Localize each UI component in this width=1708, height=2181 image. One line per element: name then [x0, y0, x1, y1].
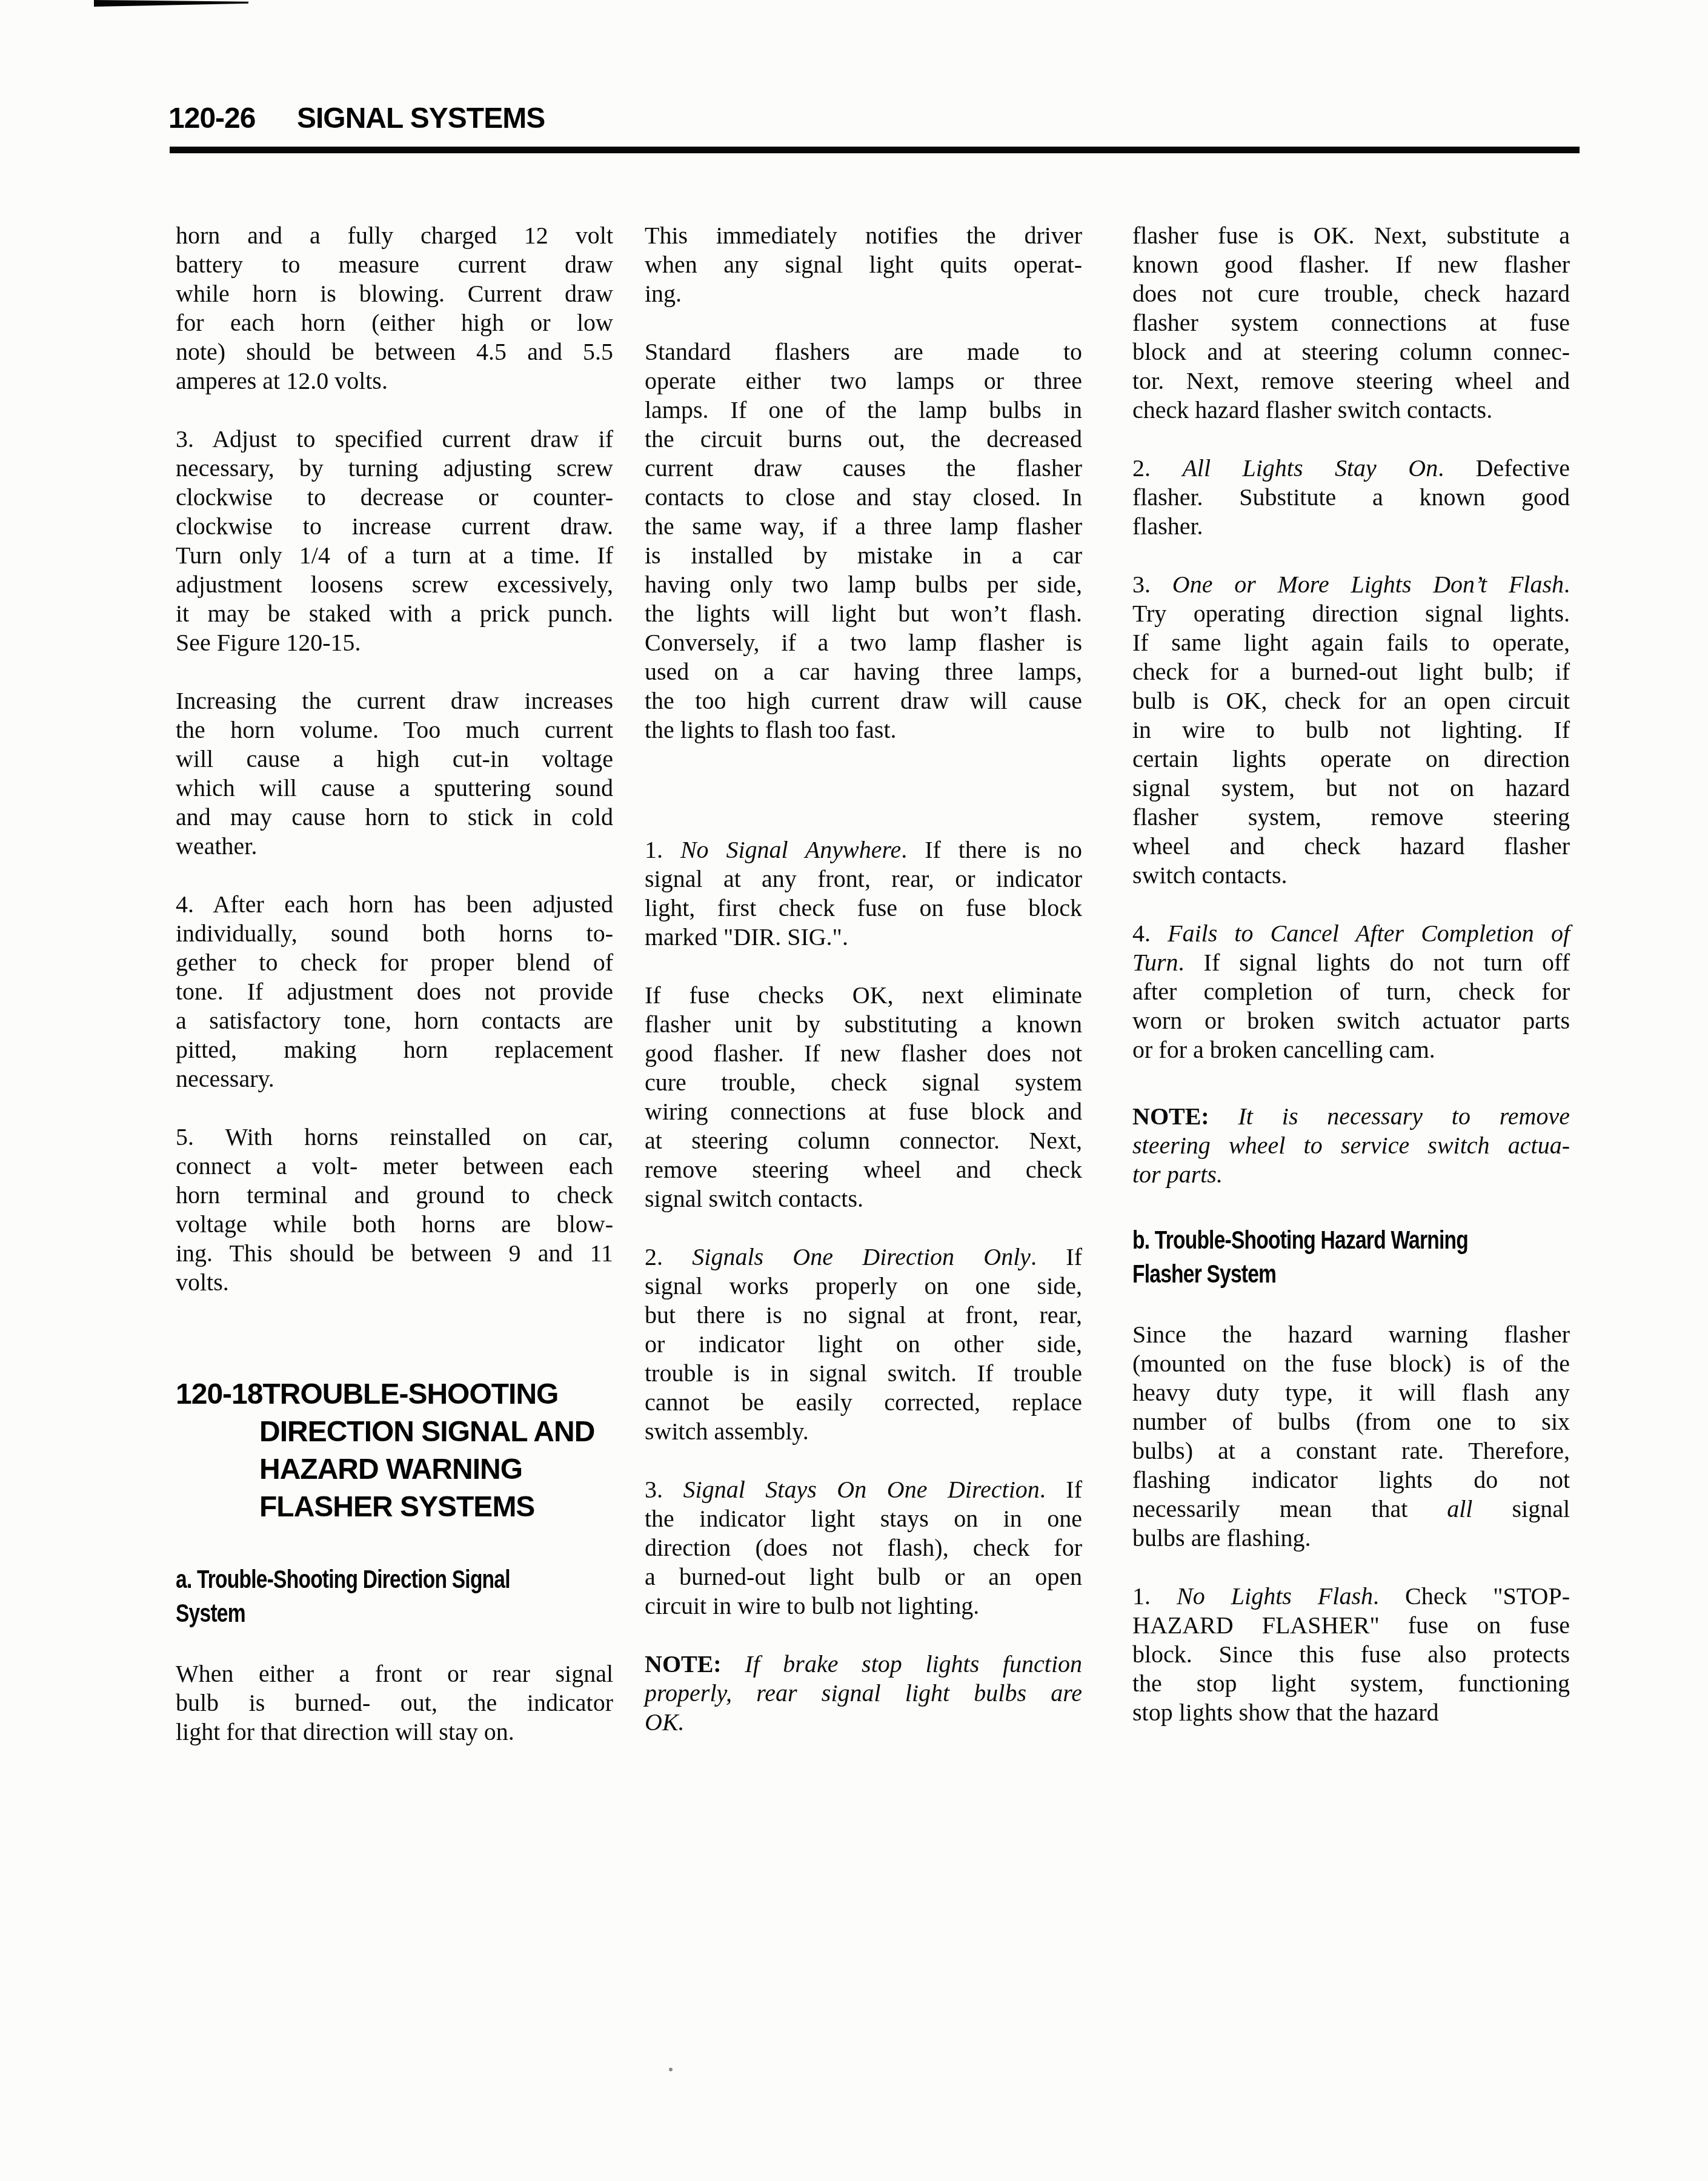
text-line: tone. If adjustment does not provide [176, 977, 613, 1006]
text-run: steering wheel to service switch actua- [1132, 1132, 1570, 1159]
text-line: switch assembly. [645, 1417, 1082, 1446]
text-run: it may be staked with a prick punch. [176, 600, 613, 627]
text-line: Conversely, if a two lamp flasher is [645, 628, 1082, 657]
text-run: signal switch contacts. [645, 1185, 863, 1212]
text-line: When either a front or rear signal [176, 1659, 613, 1688]
text-line: flasher unit by substituting a known [645, 1010, 1082, 1039]
text-run: ing. This should be between 9 and 11 [176, 1240, 613, 1267]
text-run: Signals One Direction Only [692, 1243, 1031, 1270]
text-line: the horn volume. Too much current [176, 715, 613, 745]
text-run: the lights to flash too fast. [645, 716, 897, 743]
text-line: tor parts. [1132, 1160, 1570, 1189]
paragraph-1-no-lights-flash: 1. No Lights Flash. Check "STOP-HAZARD F… [1132, 1582, 1570, 1727]
text-run: battery to measure current draw [176, 251, 613, 278]
text-line: a burned-out light bulb or an open [645, 1562, 1082, 1592]
text-run: No Lights Flash [1177, 1582, 1373, 1610]
text-line: Since the hazard warning flasher [1132, 1320, 1570, 1349]
text-run: necessary. [176, 1065, 274, 1092]
text-run: flasher fuse is OK. Next, substitute a [1132, 222, 1570, 249]
text-line: amperes at 12.0 volts. [176, 367, 613, 396]
text-line: lamps. If one of the lamp bulbs in [645, 396, 1082, 425]
text-line: and may cause horn to stick in cold [176, 803, 613, 832]
text-run: check hazard flasher switch contacts. [1132, 396, 1492, 423]
text-run: used on a car having three lamps, [645, 658, 1082, 685]
text-run: when any signal light quits operat- [645, 251, 1082, 278]
text-run: . If [1031, 1243, 1082, 1270]
text-line: it may be staked with a prick punch. [176, 599, 613, 628]
text-run: a satisfactory tone, horn contacts are [176, 1007, 613, 1034]
text-run: 3. Adjust to specified current draw if [176, 425, 613, 453]
column-right: flasher fuse is OK. Next, substitute akn… [1132, 221, 1570, 1727]
text-run: is installed by mistake in a car [645, 542, 1082, 569]
paragraph-horn-current-draw: horn and a fully charged 12 voltbattery … [176, 221, 613, 396]
text-run: the same way, if a three lamp flasher [645, 513, 1082, 540]
text-line: bulbs) at a constant rate. Therefore, [1132, 1436, 1570, 1466]
text-line: bulb is OK, check for an open circuit [1132, 686, 1570, 715]
text-line: the stop light system, functioning [1132, 1669, 1570, 1698]
text-run: signal system, but not on hazard [1132, 774, 1570, 802]
text-line: properly, rear signal light bulbs are [645, 1679, 1082, 1708]
text-run: 4. After each horn has been adjusted [176, 891, 613, 918]
text-line: note) should be between 4.5 and 5.5 [176, 337, 613, 367]
text-line: Increasing the current draw increases [176, 686, 613, 715]
paragraph-4-fails-to-cancel: 4. Fails to Cancel After Completion ofTu… [1132, 919, 1570, 1064]
text-run: current draw causes the flasher [645, 454, 1082, 482]
text-run: flashing indicator lights do not [1132, 1466, 1570, 1493]
text-line: voltage while both horns are blow- [176, 1210, 613, 1239]
text-line: operate either two lamps or three [645, 367, 1082, 396]
column-center: This immediately notifies the driverwhen… [645, 221, 1082, 1737]
text-line: the indicator light stays on in one [645, 1504, 1082, 1533]
text-line: clockwise to decrease or counter- [176, 483, 613, 512]
text-run: properly, rear signal light bulbs are [645, 1679, 1082, 1707]
text-line: adjustment loosens screw excessively, [176, 570, 613, 599]
text-run: will cause a high cut-in voltage [176, 745, 613, 772]
text-run: block. Since this fuse also protects [1132, 1641, 1570, 1668]
text-line: while horn is blowing. Current draw [176, 279, 613, 308]
text-line: the circuit burns out, the decreased [645, 425, 1082, 454]
text-run: DIRECTION SIGNAL AND [259, 1416, 594, 1448]
text-run: or for a broken cancelling cam. [1132, 1036, 1435, 1063]
sub-heading-a-direction-signal: a. Trouble-Shooting Direction SignalSyst… [176, 1562, 526, 1630]
text-run: FLASHER SYSTEMS [259, 1491, 534, 1523]
paragraph-burned-out-bulb: When either a front or rear signalbulb i… [176, 1659, 613, 1747]
text-run: light, first check fuse on fuse block [645, 894, 1082, 921]
text-line: signal at any front, rear, or indicator [645, 865, 1082, 894]
text-line: necessarily mean that all signal [1132, 1495, 1570, 1524]
text-run: switch contacts. [1132, 861, 1288, 889]
text-line: (mounted on the fuse block) is of the [1132, 1349, 1570, 1378]
text-run: all [1447, 1495, 1472, 1522]
text-line: light, first check fuse on fuse block [645, 894, 1082, 923]
text-run: check for a burned-out light bulb; if [1132, 658, 1570, 685]
text-line: at steering column connector. Next, [645, 1126, 1082, 1155]
text-run: which will cause a sputtering sound [176, 774, 613, 802]
text-line: 1. No Lights Flash. Check "STOP- [1132, 1582, 1570, 1611]
text-line: If same light again fails to operate, [1132, 628, 1570, 657]
text-line: Turn. If signal lights do not turn off [1132, 948, 1570, 977]
text-line: flashing indicator lights do not [1132, 1466, 1570, 1495]
text-run: System [176, 1599, 245, 1627]
text-line: certain lights operate on direction [1132, 745, 1570, 774]
text-line: FLASHER SYSTEMS [176, 1489, 613, 1526]
text-line: switch contacts. [1132, 861, 1570, 890]
text-run: bulbs) at a constant rate. Therefore, [1132, 1437, 1570, 1464]
text-line: weather. [176, 832, 613, 861]
text-line: tor. Next, remove steering wheel and [1132, 367, 1570, 396]
paragraph-note-remove-steering-wheel: NOTE: It is necessary to removesteering … [1132, 1102, 1570, 1189]
text-run: having only two lamp bulbs per side, [645, 571, 1082, 598]
text-line: Try operating direction signal lights. [1132, 599, 1570, 628]
text-line: ing. [645, 279, 1082, 308]
paragraph-standard-flashers: Standard flashers are made tooperate eit… [645, 337, 1082, 745]
text-run: while horn is blowing. Current draw [176, 280, 613, 307]
text-line: DIRECTION SIGNAL AND [176, 1413, 613, 1451]
manual-page: 120-26SIGNAL SYSTEMS horn and a fully ch… [0, 0, 1708, 2181]
text-run: HAZARD WARNING [259, 1453, 522, 1486]
text-run: horn terminal and ground to check [176, 1181, 613, 1209]
text-run: If fuse checks OK, next eliminate [645, 981, 1082, 1009]
text-line: block and at steering column connec- [1132, 337, 1570, 367]
text-line: battery to measure current draw [176, 250, 613, 279]
text-run: When either a front or rear signal [176, 1660, 613, 1687]
text-line: NOTE: It is necessary to remove [1132, 1102, 1570, 1131]
paragraph-step-5-voltmeter: 5. With horns reinstalled on car,connect… [176, 1123, 613, 1297]
text-run: connect a volt- meter between each [176, 1152, 613, 1180]
text-run: volts. [176, 1269, 229, 1296]
text-line: 3. Adjust to specified current draw if [176, 425, 613, 454]
page-title: SIGNAL SYSTEMS [297, 102, 545, 134]
text-run: flasher system, remove steering [1132, 803, 1570, 831]
text-line: trouble is in signal switch. If trouble [645, 1359, 1082, 1388]
text-line: used on a car having three lamps, [645, 657, 1082, 686]
text-line: the too high current draw will cause [645, 686, 1082, 715]
text-run: adjustment loosens screw excessively, [176, 571, 613, 598]
text-run: . If [1040, 1476, 1082, 1503]
text-line: circuit in wire to bulb not lighting. [645, 1592, 1082, 1621]
page-number: 120-26 [168, 102, 297, 135]
text-line: but there is no signal at front, rear, [645, 1301, 1082, 1330]
text-run: Signal Stays On One Direction [683, 1476, 1040, 1503]
paragraph-notifies-driver: This immediately notifies the driverwhen… [645, 221, 1082, 308]
paragraph-fuse-checks-ok: If fuse checks OK, next eliminateflasher… [645, 981, 1082, 1213]
text-run: 5. With horns reinstalled on car, [176, 1123, 613, 1150]
text-line: necessary. [176, 1064, 613, 1094]
paragraph-2-signals-one-direction: 2. Signals One Direction Only. Ifsignal … [645, 1243, 1082, 1446]
text-line: marked "DIR. SIG.". [645, 923, 1082, 952]
text-line: clockwise to increase current draw. [176, 512, 613, 541]
text-run: NOTE: [1132, 1103, 1238, 1130]
text-run: but there is no signal at front, rear, [645, 1301, 1082, 1329]
text-run: bulbs are flashing. [1132, 1524, 1311, 1552]
text-run: wiring connections at fuse block and [645, 1098, 1082, 1125]
text-run: . Check "STOP- [1373, 1582, 1570, 1610]
text-line: gether to check for proper blend of [176, 948, 613, 977]
text-run: flasher system connections at fuse [1132, 309, 1570, 336]
text-run: the circuit burns out, the decreased [645, 425, 1082, 453]
text-line: horn terminal and ground to check [176, 1181, 613, 1210]
text-run: b. Trouble-Shooting Hazard Warning [1132, 1226, 1468, 1254]
text-line: See Figure 120-15. [176, 628, 613, 657]
text-line: steering wheel to service switch actua- [1132, 1131, 1570, 1160]
text-run: known good flasher. If new flasher [1132, 251, 1570, 278]
section-heading-120-18: 120-18TROUBLE-SHOOTINGDIRECTION SIGNAL A… [176, 1376, 613, 1526]
text-run: switch assembly. [645, 1418, 809, 1445]
text-run: certain lights operate on direction [1132, 745, 1570, 772]
text-line: 2. Signals One Direction Only. If [645, 1243, 1082, 1272]
text-run: remove steering wheel and check [645, 1156, 1082, 1183]
text-run: 1. [645, 836, 680, 863]
text-run: Increasing the current draw increases [176, 687, 613, 714]
text-line: after completion of turn, check for [1132, 977, 1570, 1006]
text-run: necessarily mean that [1132, 1495, 1447, 1522]
text-line: light for that direction will stay on. [176, 1718, 613, 1747]
text-run: TROUBLE-SHOOTING [262, 1378, 558, 1410]
text-line: 3. One or More Lights Don’t Flash. [1132, 570, 1570, 599]
text-run: does not cure trouble, check hazard [1132, 280, 1570, 307]
text-run: cannot be easily corrected, replace [645, 1389, 1082, 1416]
text-run: amperes at 12.0 volts. [176, 367, 388, 394]
text-run: Turn only 1/4 of a turn at a time. If [176, 542, 613, 569]
text-line: NOTE: If brake stop lights function [645, 1650, 1082, 1679]
text-run: Fails to Cancel After Completion of [1168, 920, 1570, 947]
heading-number: 120-18 [176, 1376, 262, 1413]
text-run: 3. [645, 1476, 683, 1503]
text-line: signal works properly on one side, [645, 1272, 1082, 1301]
text-line: signal switch contacts. [645, 1184, 1082, 1213]
text-run: horn and a fully charged 12 volt [176, 222, 613, 249]
text-run: good flasher. If new flasher does not [645, 1040, 1082, 1067]
text-line: bulbs are flashing. [1132, 1524, 1570, 1553]
text-line: the same way, if a three lamp flasher [645, 512, 1082, 541]
text-run: All Lights Stay On [1182, 454, 1438, 482]
text-run: . [1564, 571, 1570, 598]
text-run: 2. [1132, 454, 1182, 482]
text-line: is installed by mistake in a car [645, 541, 1082, 570]
text-run: contacts to close and stay closed. In [645, 483, 1082, 511]
paragraph-step-3-adjust: 3. Adjust to specified current draw ifne… [176, 425, 613, 657]
text-run: NOTE: [645, 1650, 745, 1678]
text-line: cannot be easily corrected, replace [645, 1388, 1082, 1417]
paragraph-step-4-blend: 4. After each horn has been adjustedindi… [176, 890, 613, 1094]
text-run: direction (does not flash), check for [645, 1534, 1082, 1561]
text-line: Turn only 1/4 of a turn at a time. If [176, 541, 613, 570]
page-header: 120-26SIGNAL SYSTEMS [168, 102, 545, 135]
text-run: pitted, making horn replacement [176, 1036, 613, 1063]
text-run: clockwise to decrease or counter- [176, 483, 613, 511]
text-run: the stop light system, functioning [1132, 1670, 1570, 1697]
text-run: Conversely, if a two lamp flasher is [645, 629, 1082, 656]
text-line: check for a burned-out light bulb; if [1132, 657, 1570, 686]
text-line: If fuse checks OK, next eliminate [645, 981, 1082, 1010]
text-line: will cause a high cut-in voltage [176, 745, 613, 774]
text-run: . If there is no [901, 836, 1082, 863]
paragraph-increasing-current: Increasing the current draw increasesthe… [176, 686, 613, 861]
text-line: a. Trouble-Shooting Direction Signal [176, 1562, 526, 1596]
paragraph-2-all-lights-stay-on: 2. All Lights Stay On. Defectiveflasher.… [1132, 454, 1570, 541]
text-line: 4. After each horn has been adjusted [176, 890, 613, 919]
text-line: the lights will light but won’t flash. [645, 599, 1082, 628]
text-run: in wire to bulb not lighting. If [1132, 716, 1570, 743]
text-line: ing. This should be between 9 and 11 [176, 1239, 613, 1268]
text-run: gether to check for proper blend of [176, 949, 613, 976]
text-line: which will cause a sputtering sound [176, 774, 613, 803]
text-line: 3. Signal Stays On One Direction. If [645, 1475, 1082, 1504]
text-line: number of bulbs (from one to six [1132, 1407, 1570, 1436]
text-line: 2. All Lights Stay On. Defective [1132, 454, 1570, 483]
text-run: stop lights show that the hazard [1132, 1699, 1438, 1726]
text-run: 4. [1132, 920, 1168, 947]
text-run: signal [1472, 1495, 1570, 1522]
text-run: OK. [645, 1708, 685, 1736]
text-line: flasher. Substitute a known good [1132, 483, 1570, 512]
text-line: necessary, by turning adjusting screw [176, 454, 613, 483]
text-run: block and at steering column connec- [1132, 338, 1570, 365]
text-line: good flasher. If new flasher does not [645, 1039, 1082, 1068]
paragraph-hazard-flasher-heavy-duty: Since the hazard warning flasher(mounted… [1132, 1320, 1570, 1553]
text-run: One or More Lights Don’t Flash [1172, 571, 1564, 598]
text-line: signal system, but not on hazard [1132, 774, 1570, 803]
text-line: Flasher System [1132, 1257, 1483, 1291]
text-line: check hazard flasher switch contacts. [1132, 396, 1570, 425]
text-line: contacts to close and stay closed. In [645, 483, 1082, 512]
header-rule [170, 147, 1580, 153]
text-line: wiring connections at fuse block and [645, 1097, 1082, 1126]
text-run: operate either two lamps or three [645, 367, 1082, 394]
text-run: weather. [176, 832, 257, 860]
text-line: This immediately notifies the driver [645, 221, 1082, 250]
text-run: bulb is OK, check for an open circuit [1132, 687, 1570, 714]
text-line: HAZARD FLASHER" fuse on fuse [1132, 1611, 1570, 1640]
text-line: current draw causes the flasher [645, 454, 1082, 483]
text-run: No Signal Anywhere [680, 836, 901, 863]
text-run: tone. If adjustment does not provide [176, 978, 613, 1005]
text-run: 1. [1132, 1582, 1177, 1610]
text-run: signal works properly on one side, [645, 1272, 1082, 1300]
text-line: stop lights show that the hazard [1132, 1698, 1570, 1727]
text-run: and may cause horn to stick in cold [176, 803, 613, 831]
text-run: If same light again fails to operate, [1132, 629, 1570, 656]
text-line: b. Trouble-Shooting Hazard Warning [1132, 1223, 1483, 1257]
text-run: 3. [1132, 571, 1172, 598]
text-run: flasher. [1132, 513, 1203, 540]
text-line: 5. With horns reinstalled on car, [176, 1123, 613, 1152]
column-left: horn and a fully charged 12 voltbattery … [176, 221, 613, 1747]
text-line: does not cure trouble, check hazard [1132, 279, 1570, 308]
text-run: voltage while both horns are blow- [176, 1210, 613, 1238]
text-run: Turn [1132, 949, 1178, 976]
text-run: flasher. Substitute a known good [1132, 483, 1570, 511]
text-run: . Defective [1438, 454, 1570, 482]
text-line: for each horn (either high or low [176, 308, 613, 337]
text-line: OK. [645, 1708, 1082, 1737]
text-line: direction (does not flash), check for [645, 1533, 1082, 1562]
text-line: cure trouble, check signal system [645, 1068, 1082, 1097]
paragraph-3-one-or-more-lights: 3. One or More Lights Don’t Flash.Try op… [1132, 570, 1570, 890]
text-run: flasher unit by substituting a known [645, 1011, 1082, 1038]
text-run: necessary, by turning adjusting screw [176, 454, 613, 482]
text-line: flasher fuse is OK. Next, substitute a [1132, 221, 1570, 250]
text-line: Standard flashers are made to [645, 337, 1082, 367]
text-line: worn or broken switch actuator parts [1132, 1006, 1570, 1035]
text-line: when any signal light quits operat- [645, 250, 1082, 279]
text-line: a satisfactory tone, horn contacts are [176, 1006, 613, 1035]
paragraph-1-no-signal-anywhere: 1. No Signal Anywhere. If there is nosig… [645, 835, 1082, 952]
text-run: after completion of turn, check for [1132, 978, 1570, 1005]
text-run: the lights will light but won’t flash. [645, 600, 1082, 627]
text-line: HAZARD WARNING [176, 1451, 613, 1489]
text-run: It is necessary to remove [1238, 1103, 1570, 1130]
text-line: 120-18TROUBLE-SHOOTING [176, 1376, 613, 1413]
text-run: signal at any front, rear, or indicator [645, 865, 1082, 892]
text-run: (mounted on the fuse block) is of the [1132, 1350, 1570, 1377]
text-line: or for a broken cancelling cam. [1132, 1035, 1570, 1064]
text-run: Try operating direction signal lights. [1132, 600, 1570, 627]
text-line: flasher system connections at fuse [1132, 308, 1570, 337]
text-run: lamps. If one of the lamp bulbs in [645, 396, 1082, 423]
text-line: remove steering wheel and check [645, 1155, 1082, 1184]
scan-artifact-speck [669, 2068, 673, 2071]
text-line: flasher. [1132, 512, 1570, 541]
text-run: bulb is burned- out, the indicator [176, 1689, 613, 1716]
text-run: at steering column connector. Next, [645, 1127, 1082, 1154]
text-run: tor. Next, remove steering wheel and [1132, 367, 1570, 394]
text-run: light for that direction will stay on. [176, 1718, 514, 1745]
paragraph-3-signal-stays-on: 3. Signal Stays On One Direction. Ifthe … [645, 1475, 1082, 1621]
text-line: volts. [176, 1268, 613, 1297]
text-run: See Figure 120-15. [176, 629, 361, 656]
text-line: the lights to flash too fast. [645, 715, 1082, 745]
scan-artifact-streak [94, 0, 248, 7]
text-line: horn and a fully charged 12 volt [176, 221, 613, 250]
text-line: having only two lamp bulbs per side, [645, 570, 1082, 599]
text-run: worn or broken switch actuator parts [1132, 1007, 1570, 1034]
text-line: heavy duty type, it will flash any [1132, 1378, 1570, 1407]
text-line: System [176, 1596, 526, 1630]
text-line: known good flasher. If new flasher [1132, 250, 1570, 279]
text-run: ing. [645, 280, 682, 307]
text-run: HAZARD FLASHER" fuse on fuse [1132, 1612, 1570, 1639]
paragraph-note-brake-stop-lights: NOTE: If brake stop lights functionprope… [645, 1650, 1082, 1737]
text-run: circuit in wire to bulb not lighting. [645, 1592, 979, 1619]
text-line: block. Since this fuse also protects [1132, 1640, 1570, 1669]
text-run: marked "DIR. SIG.". [645, 923, 848, 951]
text-run: the too high current draw will cause [645, 687, 1082, 714]
text-run: heavy duty type, it will flash any [1132, 1379, 1570, 1406]
text-run: for each horn (either high or low [176, 309, 613, 336]
text-run: This immediately notifies the driver [645, 222, 1082, 249]
text-run: a. Trouble-Shooting Direction Signal [176, 1565, 510, 1593]
text-run: cure trouble, check signal system [645, 1069, 1082, 1096]
text-line: or indicator light on other side, [645, 1330, 1082, 1359]
text-run: individually, sound both horns to- [176, 920, 613, 947]
text-run: 2. [645, 1243, 692, 1270]
text-run: clockwise to increase current draw. [176, 513, 613, 540]
text-line: in wire to bulb not lighting. If [1132, 715, 1570, 745]
text-line: wheel and check hazard flasher [1132, 832, 1570, 861]
text-run: the horn volume. Too much current [176, 716, 613, 743]
text-run: the indicator light stays on in one [645, 1505, 1082, 1532]
text-run: trouble is in signal switch. If trouble [645, 1359, 1082, 1387]
text-line: individually, sound both horns to- [176, 919, 613, 948]
text-run: or indicator light on other side, [645, 1330, 1082, 1358]
text-line: 1. No Signal Anywhere. If there is no [645, 835, 1082, 865]
text-line: 4. Fails to Cancel After Completion of [1132, 919, 1570, 948]
text-line: pitted, making horn replacement [176, 1035, 613, 1064]
text-run: Flasher System [1132, 1260, 1276, 1288]
text-run: . If signal lights do not turn off [1178, 949, 1570, 976]
text-run: note) should be between 4.5 and 5.5 [176, 338, 613, 365]
